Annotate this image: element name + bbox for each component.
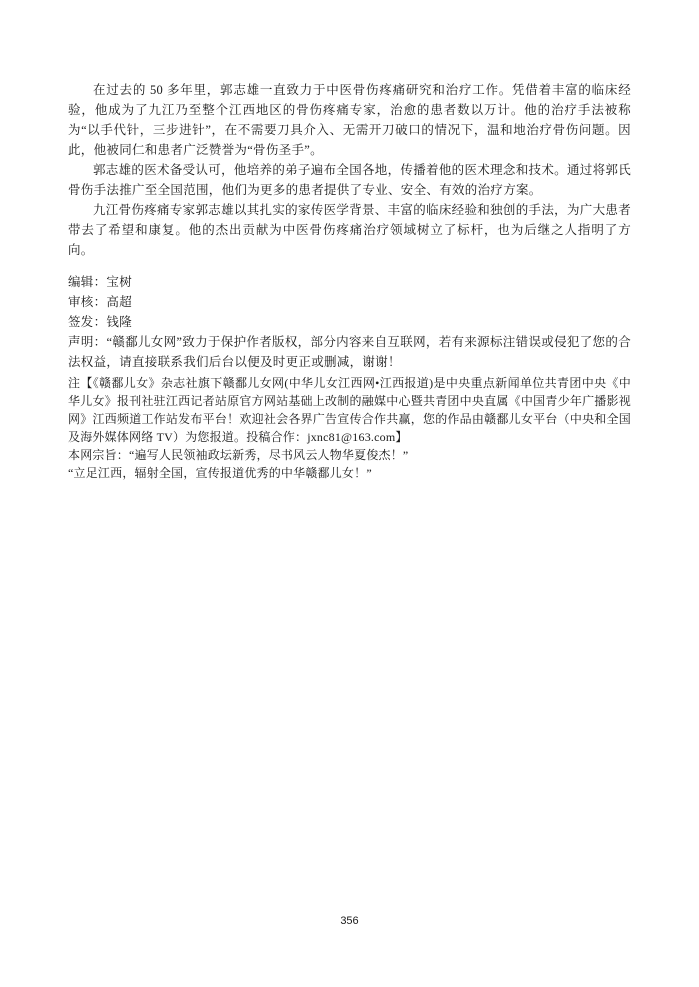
site-motto-line-2: “立足江西，辐射全国，宣传报道优秀的中华赣鄱儿女！”: [68, 464, 631, 482]
document-page: 在过去的 50 多年里，郭志雄一直致力于中医骨伤疼痛研究和治疗工作。凭借着丰富的…: [0, 0, 699, 987]
site-motto-line-1: 本网宗旨：“遍写人民领袖政坛新秀，尽书风云人物华夏俊杰！”: [68, 446, 631, 464]
publication-credits: 编辑：宝树 审核：高超 签发：钱隆 声明：“赣鄱儿女网”致力于保护作者版权，部分…: [68, 272, 631, 372]
reviewer-line: 审核：高超: [68, 292, 631, 312]
page-content: 在过去的 50 多年里，郭志雄一直致力于中医骨伤疼痛研究和治疗工作。凭借着丰富的…: [68, 80, 631, 482]
page-number: 356: [0, 915, 699, 927]
issuer-line: 签发：钱隆: [68, 312, 631, 332]
site-note-block: 注【《赣鄱儿女》杂志社旗下赣鄱儿女网(中华儿女江西网•江西报道)是中央重点新闻单…: [68, 374, 631, 482]
site-note-text: 注【《赣鄱儿女》杂志社旗下赣鄱儿女网(中华儿女江西网•江西报道)是中央重点新闻单…: [68, 374, 631, 446]
article-paragraph-3: 九江骨伤疼痛专家郭志雄以其扎实的家传医学背景、丰富的临床经验和独创的手法，为广大…: [68, 200, 631, 260]
copyright-statement: 声明：“赣鄱儿女网”致力于保护作者版权，部分内容来自互联网，若有来源标注错误或侵…: [68, 332, 631, 372]
article-paragraph-2: 郭志雄的医术备受认可，他培养的弟子遍布全国各地，传播着他的医术理念和技术。通过将…: [68, 160, 631, 200]
editor-line: 编辑：宝树: [68, 272, 631, 292]
article-paragraph-1: 在过去的 50 多年里，郭志雄一直致力于中医骨伤疼痛研究和治疗工作。凭借着丰富的…: [68, 80, 631, 160]
